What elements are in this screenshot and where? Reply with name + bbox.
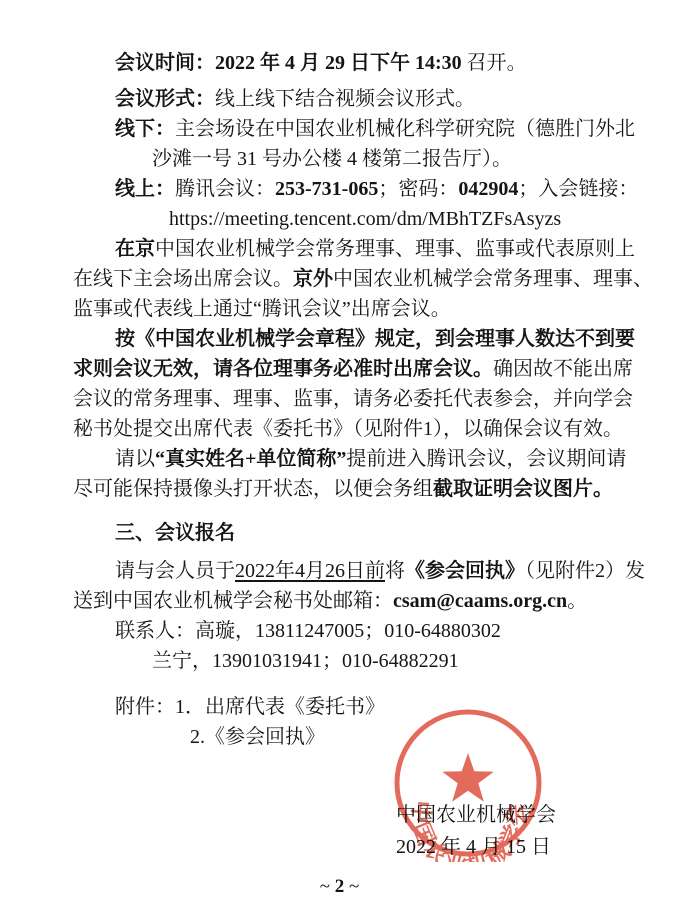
text-run: 按《中国农业机械学会章程》规定，到会理事人数达不到要 bbox=[115, 328, 635, 350]
quorum-paragraph: 按《中国农业机械学会章程》规定，到会理事人数达不到要求则会议无效，请各位理事务必… bbox=[73, 324, 603, 444]
meeting-password: 042904 bbox=[458, 178, 518, 200]
text-line: 秘书处提交出席代表《委托书》（见附件1），以确保会议有效。 bbox=[73, 414, 603, 444]
text-run: 《参会回执》 bbox=[405, 560, 525, 582]
text-line: 沙滩一号 31 号办公楼 4 楼第二报告厅）。 bbox=[73, 144, 603, 174]
tencent-meeting-id: 253-731-065 bbox=[275, 178, 378, 200]
offline-venue: 线下：主会场设在中国农业机械化科学研究院（德胜门外北沙滩一号 31 号办公楼 4… bbox=[73, 114, 603, 174]
text-run: 送到中国农业机械学会秘书处邮箱： bbox=[73, 590, 393, 612]
contacts: 联系人：高璇，13811247005；010-64880302兰宁，139010… bbox=[73, 616, 603, 676]
text-line: 尽可能保持摄像头打开状态，以便会务组截取证明会议图片。 bbox=[73, 474, 603, 504]
text-run: 在线下主会场出席会议。 bbox=[73, 268, 293, 290]
attachments: 附件：1．出席代表《委托书》2.《参会回执》 bbox=[73, 692, 603, 752]
text-line: 线下：主会场设在中国农业机械化科学研究院（德胜门外北 bbox=[73, 114, 603, 144]
text-run: 中国农业机械学会常务理事、理事、 bbox=[333, 268, 653, 290]
text-line: 2.《参会回执》 bbox=[73, 722, 603, 752]
text-line: 三、会议报名 bbox=[73, 518, 603, 548]
online-access: 线上：腾讯会议：253-731-065；密码：042904；入会链接：https… bbox=[73, 174, 603, 234]
meeting-time-label: 会议时间： bbox=[115, 52, 215, 74]
text-run: 提前进入腾讯会议，会议期间请 bbox=[346, 448, 626, 470]
text-run: 中国农业机械学会常务理事、理事、监事或代表原则上 bbox=[155, 238, 635, 260]
seal-star-icon bbox=[442, 753, 493, 802]
text-line: 兰宁，13901031941；010-64882291 bbox=[73, 646, 603, 676]
text-run: 腾讯会议： bbox=[175, 178, 275, 200]
text-run: 沙滩一号 31 号办公楼 4 楼第二报告厅）。 bbox=[152, 148, 512, 170]
meeting-link-url: https://meeting.tencent.com/dm/MBhTZFsAs… bbox=[169, 208, 561, 230]
online-label: 线上： bbox=[115, 178, 175, 200]
text-run: 会议的常务理事、理事、监事，请务必委托代表参会，并向学会 bbox=[73, 388, 633, 410]
signature-date: 2022 年 4 月 15 日 bbox=[396, 831, 556, 863]
text-line: 附件：1．出席代表《委托书》 bbox=[73, 692, 603, 722]
text-run: 求则会议无效，请各位理事务必准时出席会议。 bbox=[73, 358, 493, 380]
text-run: 。 bbox=[567, 590, 587, 612]
signature-block: 中国农业机械学会 2022 年 4 月 15 日 bbox=[396, 799, 556, 863]
offline-label: 线下： bbox=[115, 118, 175, 140]
text-run: “真实姓名+单位简称” bbox=[155, 448, 346, 470]
text-line: 会议时间：2022 年 4 月 29 日下午 14:30 召开。 bbox=[73, 48, 603, 78]
attachment-1: 附件：1．出席代表《委托书》 bbox=[115, 696, 385, 718]
text-line: https://meeting.tencent.com/dm/MBhTZFsAs… bbox=[73, 204, 603, 234]
text-line: 在京中国农业机械学会常务理事、理事、监事或代表原则上 bbox=[73, 234, 603, 264]
text-line: 在线下主会场出席会议。京外中国农业机械学会常务理事、理事、 bbox=[73, 264, 603, 294]
meeting-time-value: 2022 年 4 月 29 日下午 14:30 bbox=[215, 52, 462, 74]
realname-paragraph: 请以“真实姓名+单位简称”提前进入腾讯会议，会议期间请尽可能保持摄像头打开状态，… bbox=[73, 444, 603, 504]
page-number: 2 bbox=[335, 876, 345, 897]
page-footer: ~ 2 ~ bbox=[0, 876, 679, 898]
secretariat-email: csam@caams.org.cn bbox=[393, 590, 567, 612]
text-run: 监事或代表线上通过“腾讯会议”出席会议。 bbox=[73, 298, 451, 320]
text-run: 在京 bbox=[115, 238, 155, 260]
text-run: ；密码： bbox=[378, 178, 458, 200]
text-run: 秘书处提交出席代表《委托书》（见附件1），以确保会议有效。 bbox=[73, 418, 623, 440]
text-run: 尽可能保持摄像头打开状态，以便会务组 bbox=[73, 478, 433, 500]
text-run: 将 bbox=[385, 560, 405, 582]
text-run: 主会场设在中国农业机械化科学研究院（德胜门外北 bbox=[175, 118, 635, 140]
text-line: 请与会人员于2022年4月26日前将《参会回执》（见附件2）发 bbox=[73, 556, 603, 586]
meeting-time-line: 会议时间：2022 年 4 月 29 日下午 14:30 召开。 bbox=[73, 48, 603, 78]
meeting-format-value: 线上线下结合视频会议形式。 bbox=[215, 88, 475, 110]
text-line: 送到中国农业机械学会秘书处邮箱：csam@caams.org.cn。 bbox=[73, 586, 603, 616]
text-line: 会议的常务理事、理事、监事，请务必委托代表参会，并向学会 bbox=[73, 384, 603, 414]
text-run: 京外 bbox=[293, 268, 333, 290]
document-page: 会议时间：2022 年 4 月 29 日下午 14:30 召开。会议形式：线上线… bbox=[0, 0, 679, 915]
attendance-paragraph: 在京中国农业机械学会常务理事、理事、监事或代表原则上在线下主会场出席会议。京外中… bbox=[73, 234, 603, 324]
registration-paragraph: 请与会人员于2022年4月26日前将《参会回执》（见附件2）发送到中国农业机械学… bbox=[73, 556, 603, 616]
section-heading: 三、会议报名 bbox=[73, 518, 603, 548]
contact-1: 联系人：高璇，13811247005；010-64880302 bbox=[115, 620, 501, 642]
attachment-2: 2.《参会回执》 bbox=[190, 726, 325, 748]
text-run: 截取证明会议图片。 bbox=[433, 478, 613, 500]
meeting-format-label: 会议形式： bbox=[115, 88, 215, 110]
footer-suffix: ~ bbox=[344, 876, 359, 897]
text-run: （见附件2）发 bbox=[525, 560, 645, 582]
text-run: 召开。 bbox=[462, 52, 527, 74]
meeting-format-line: 会议形式：线上线下结合视频会议形式。 bbox=[73, 84, 603, 114]
text-line: 按《中国农业机械学会章程》规定，到会理事人数达不到要 bbox=[73, 324, 603, 354]
registration-deadline: 2022年4月26日前 bbox=[235, 560, 385, 582]
text-line: 请以“真实姓名+单位简称”提前进入腾讯会议，会议期间请 bbox=[73, 444, 603, 474]
text-line: 线上：腾讯会议：253-731-065；密码：042904；入会链接： bbox=[73, 174, 603, 204]
text-line: 会议形式：线上线下结合视频会议形式。 bbox=[73, 84, 603, 114]
section-title: 三、会议报名 bbox=[115, 522, 235, 544]
signature-organization: 中国农业机械学会 bbox=[396, 799, 556, 831]
contact-2: 兰宁，13901031941；010-64882291 bbox=[152, 650, 459, 672]
text-run: 确因故不能出席 bbox=[493, 358, 633, 380]
document-body: 会议时间：2022 年 4 月 29 日下午 14:30 召开。会议形式：线上线… bbox=[73, 48, 603, 752]
text-run: 请以 bbox=[115, 448, 155, 470]
text-run: 请与会人员于 bbox=[115, 560, 235, 582]
text-line: 监事或代表线上通过“腾讯会议”出席会议。 bbox=[73, 294, 603, 324]
footer-prefix: ~ bbox=[320, 876, 335, 897]
text-line: 联系人：高璇，13811247005；010-64880302 bbox=[73, 616, 603, 646]
text-run: ；入会链接： bbox=[518, 178, 638, 200]
text-line: 求则会议无效，请各位理事务必准时出席会议。确因故不能出席 bbox=[73, 354, 603, 384]
